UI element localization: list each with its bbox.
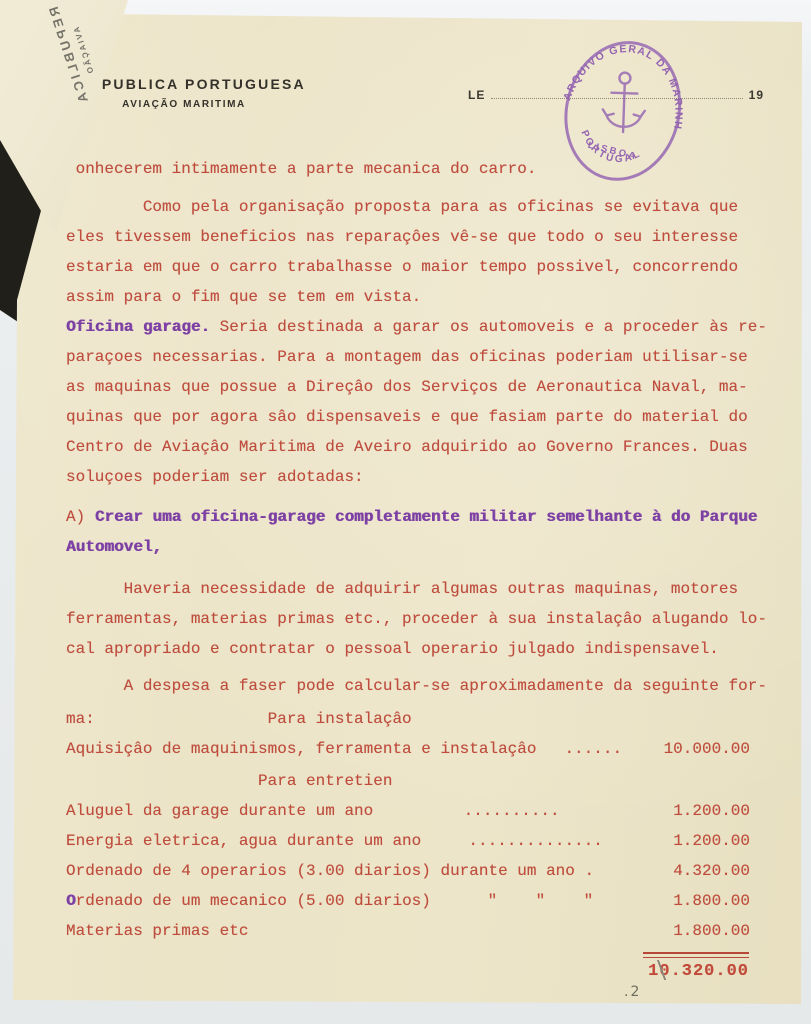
- text-line: Haveria necessidade de adquirir algumas …: [66, 574, 750, 604]
- cost-label: Ordenado de 4 operarios (3.00 diarios) d…: [66, 856, 594, 886]
- dot-leader: ..........: [373, 796, 650, 826]
- letterhead: REPUBLICA PORTUGUESA AVIAÇÃO MARITIMA: [78, 76, 290, 110]
- cost-amount: 1.800.00: [650, 886, 750, 916]
- text-line: as maquinas que possue a Direçâo dos Ser…: [66, 372, 750, 402]
- cost-amount: 1.800.00: [650, 916, 750, 946]
- text-line: Como pela organisação proposta para as o…: [66, 192, 750, 222]
- document-body: conhecerem intimamente a parte mecanica …: [66, 154, 750, 946]
- cost-label: Energia eletrica, agua durante um ano: [66, 826, 421, 856]
- cost-amount: 1.200.00: [650, 796, 750, 826]
- cost-amount: 1.200.00: [650, 826, 750, 856]
- dot-leader: [248, 916, 650, 946]
- text-line: estaria em que o carro trabalhasse o mai…: [66, 252, 750, 282]
- anchor-icon: [602, 72, 646, 133]
- text-line: eles tivessem beneficios nas reparaçôes …: [66, 222, 750, 252]
- text-line: paraçoes necessarias. Para a montagem da…: [66, 342, 750, 372]
- cost-label: Aluguel da garage durante um ano: [66, 796, 373, 826]
- text-line: ma: Para instalaçâo: [66, 704, 750, 734]
- letterhead-subtitle: AVIAÇÃO MARITIMA: [78, 99, 290, 110]
- cost-label: Materias primas etc: [66, 916, 248, 946]
- svg-text:ARQUIVO GERAL DA MARINHA: ARQUIVO GERAL DA MARINHA: [543, 6, 707, 132]
- letterhead-title: REPUBLICA PORTUGUESA: [78, 76, 290, 92]
- text-line: quinas que por agora sâo dispensaveis e …: [66, 402, 750, 432]
- total-underline: [643, 952, 749, 958]
- text-line: A) Crear uma oficina-garage completament…: [66, 502, 750, 532]
- text-line: conhecerem intimamente a parte mecanica …: [66, 154, 750, 184]
- cost-amount: 4.320.00: [650, 856, 750, 886]
- text-line: soluçoes poderiam ser adotadas:: [66, 462, 750, 492]
- dot-leader: ......: [536, 734, 650, 764]
- cost-row: Aluguel da garage durante um ano........…: [66, 796, 750, 826]
- cost-label: Aquisiçâo de maquinismos, ferramenta e i…: [66, 734, 536, 764]
- text-line: Centro de Aviaçâo Maritima de Aveiro adq…: [66, 432, 750, 462]
- dot-leader: ..............: [421, 826, 650, 856]
- reference-year: 19: [749, 88, 764, 102]
- cost-label: Ordenado de um mecanico (5.00 diarios): [66, 886, 431, 916]
- text-line: Automovel,: [66, 532, 750, 562]
- scanned-page: REPUBLICA PORTUGUESA AVIAÇÃO MARITIMA LE…: [0, 0, 811, 1024]
- text-line: Oficina garage. Seria destinada a garar …: [66, 312, 750, 342]
- cost-row: Ordenado de 4 operarios (3.00 diarios) d…: [66, 856, 750, 886]
- cost-row: Materias primas etc1.800.00: [66, 916, 750, 946]
- text-line: cal apropriado e contratar o pessoal ope…: [66, 634, 750, 664]
- text-line: Para entretien: [66, 766, 750, 796]
- text-line: ferramentas, materias primas etc., proce…: [66, 604, 750, 634]
- dot-leader: " " ": [431, 886, 650, 916]
- text-line: assim para o fim que se tem em vista.: [66, 282, 750, 312]
- dot-leader: [594, 856, 650, 886]
- cost-row: Aquisiçâo de maquinismos, ferramenta e i…: [66, 734, 750, 764]
- stamp-arc-top-text: ARQUIVO GERAL DA MARINHA: [543, 6, 707, 132]
- cost-row: Ordenado de um mecanico (5.00 diarios)" …: [66, 886, 750, 916]
- reference-prefix: LE: [468, 88, 485, 102]
- cost-row: Energia eletrica, agua durante um ano...…: [66, 826, 750, 856]
- cost-amount: 10.000.00: [650, 734, 750, 764]
- overstrike-mark: [656, 960, 667, 980]
- text-line: A despesa a faser pode calcular-se aprox…: [66, 671, 750, 701]
- pencil-page-number: .2: [624, 984, 641, 1000]
